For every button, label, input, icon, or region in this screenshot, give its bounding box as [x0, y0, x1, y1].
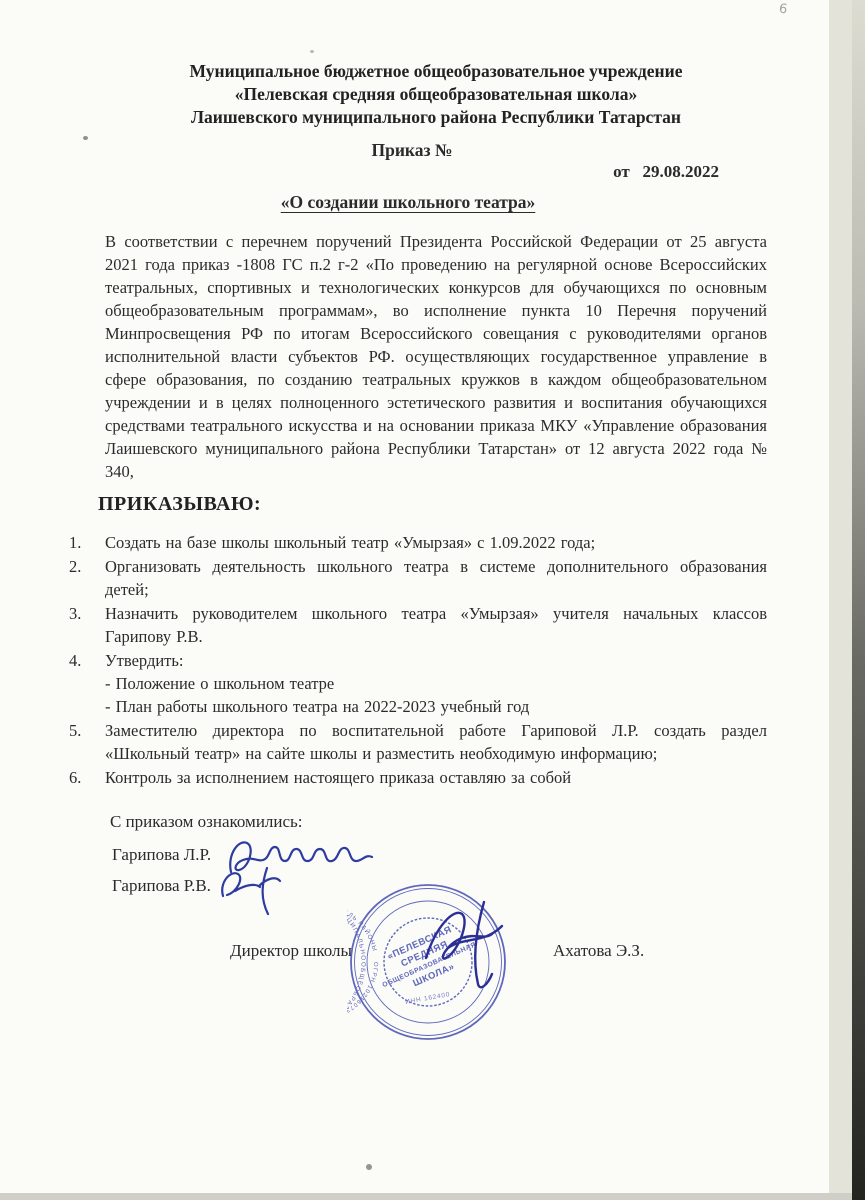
- org-header-line3: Лаишевского муниципального района Респуб…: [105, 106, 767, 129]
- scan-speck: [366, 1164, 372, 1170]
- decree-item-text: Утвердить:: [105, 651, 184, 670]
- scan-edge-bottom: [0, 1193, 852, 1200]
- org-header-line1: Муниципальное бюджетное общеобразователь…: [105, 60, 767, 83]
- signature-garipova-rv: [215, 864, 320, 919]
- order-title: Приказ №: [81, 140, 743, 161]
- decree-item: 3.Назначить руководителем школьного теат…: [65, 602, 767, 648]
- decree-item-number: 3.: [69, 602, 81, 625]
- decree-item: 2.Организовать деятельность школьного те…: [65, 555, 767, 601]
- order-subject-text: «О создании школьного театра»: [281, 192, 536, 212]
- decree-list: 1.Создать на базе школы школьный театр «…: [65, 531, 767, 790]
- decree-item-subline: - Положение о школьном театре: [105, 672, 767, 695]
- decree-item-number: 4.: [69, 649, 81, 672]
- decree-heading: ПРИКАЗЫВАЮ:: [98, 493, 261, 516]
- decree-item-text: Организовать деятельность школьного теат…: [105, 557, 767, 599]
- scanned-document-page: 6 Муниципальное бюджетное общеобразовате…: [0, 0, 865, 1200]
- decree-item-text: Назначить руководителем школьного театра…: [105, 604, 767, 646]
- pencil-corner-mark: 6: [778, 1, 788, 17]
- org-header: Муниципальное бюджетное общеобразователь…: [105, 60, 767, 129]
- decree-item-subline: - План работы школьного театра на 2022-2…: [105, 695, 767, 718]
- decree-item-text: Создать на базе школы школьный театр «Ум…: [105, 533, 595, 552]
- decree-item-number: 2.: [69, 555, 81, 578]
- scan-edge-dark: [852, 0, 865, 1200]
- decree-item: 5.Заместителю директора по воспитательно…: [65, 719, 767, 765]
- order-date: от 29.08.2022: [105, 162, 767, 182]
- decree-item-text: Заместителю директора по воспитательной …: [105, 721, 767, 763]
- signer-name: Гарипова Л.Р.: [112, 845, 211, 865]
- decree-item: 4.Утвердить:- Положение о школьном театр…: [65, 649, 767, 718]
- decree-item-text: Контроль за исполнением настоящего прика…: [105, 768, 571, 787]
- decree-item: 6.Контроль за исполнением настоящего при…: [65, 766, 767, 789]
- director-position-label: Директор школы: [230, 941, 352, 961]
- decree-item-number: 6.: [69, 766, 81, 789]
- decree-item-number: 5.: [69, 719, 81, 742]
- signer-name: Гарипова Р.В.: [112, 876, 211, 896]
- scan-speck: [310, 50, 314, 53]
- scan-edge-light: [829, 0, 852, 1200]
- decree-item: 1.Создать на базе школы школьный театр «…: [65, 531, 767, 554]
- order-subject: «О создании школьного театра»: [77, 192, 739, 213]
- org-header-line2: «Пелевская средняя общеобразовательная ш…: [105, 83, 767, 106]
- preamble-paragraph: В соответствии с перечнем поручений През…: [105, 230, 767, 483]
- acknowledgment-heading: С приказом ознакомились:: [110, 812, 303, 832]
- signature-director: [418, 896, 513, 996]
- decree-item-number: 1.: [69, 531, 81, 554]
- director-name: Ахатова Э.З.: [553, 941, 644, 961]
